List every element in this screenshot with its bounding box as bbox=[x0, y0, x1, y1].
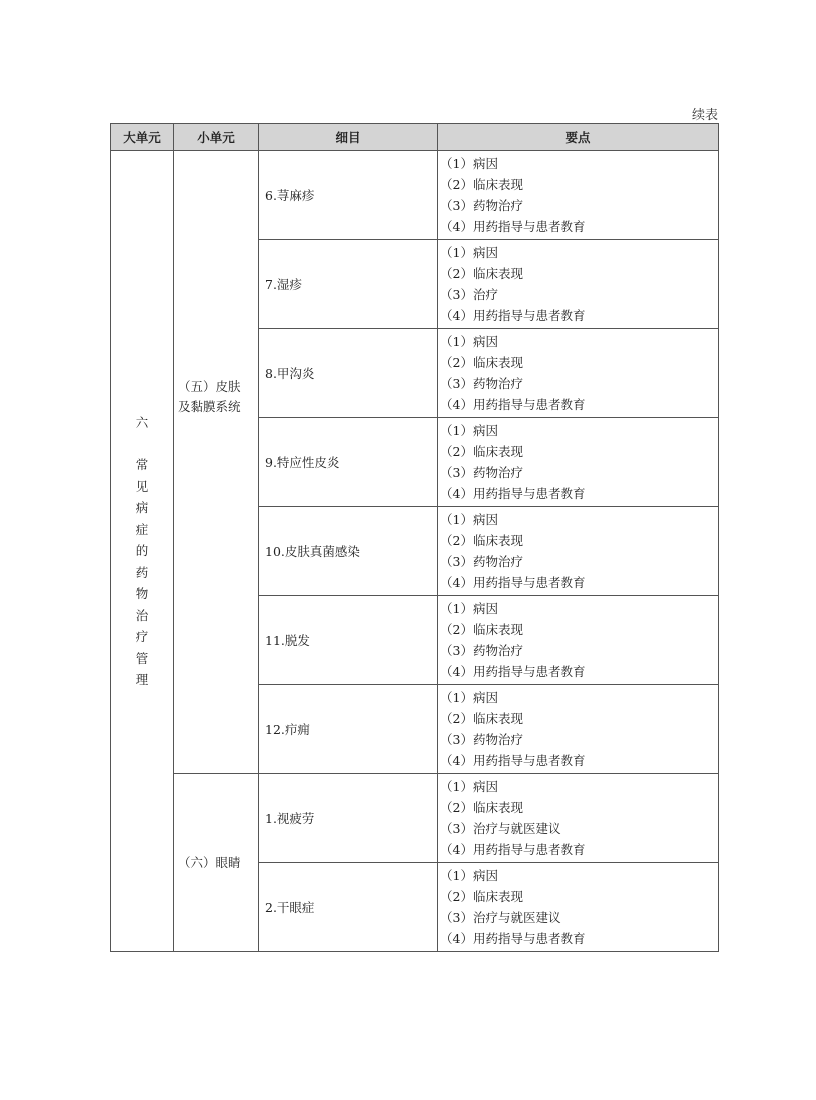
big-unit-char: 疗 bbox=[136, 626, 149, 648]
point: （4）用药指导与患者教育 bbox=[440, 661, 718, 682]
header-key-points: 要点 bbox=[438, 124, 719, 151]
point: （3）药物治疗 bbox=[440, 462, 718, 483]
points-cell: （1）病因 （2）临床表现 （3）药物治疗 （4）用药指导与患者教育 bbox=[438, 685, 719, 774]
big-unit-vertical-text: 六 常 见 病 症 的 药 物 治 疗 管 理 bbox=[136, 412, 149, 691]
point: （4）用药指导与患者教育 bbox=[440, 394, 718, 415]
point: （1）病因 bbox=[440, 420, 718, 441]
point: （2）临床表现 bbox=[440, 441, 718, 462]
point: （2）临床表现 bbox=[440, 352, 718, 373]
header-big-unit: 大单元 bbox=[111, 124, 174, 151]
point: （3）药物治疗 bbox=[440, 640, 718, 661]
big-unit-char: 药 bbox=[136, 562, 149, 584]
point: （3）药物治疗 bbox=[440, 729, 718, 750]
item-cell: 2.干眼症 bbox=[259, 863, 438, 952]
small-unit-line: （六）眼睛 bbox=[178, 853, 258, 873]
point: （3）药物治疗 bbox=[440, 373, 718, 394]
point: （4）用药指导与患者教育 bbox=[440, 839, 718, 860]
points-cell: （1）病因 （2）临床表现 （3）药物治疗 （4）用药指导与患者教育 bbox=[438, 418, 719, 507]
points-cell: （1）病因 （2）临床表现 （3）治疗与就医建议 （4）用药指导与患者教育 bbox=[438, 774, 719, 863]
point: （1）病因 bbox=[440, 153, 718, 174]
points-cell: （1）病因 （2）临床表现 （3）药物治疗 （4）用药指导与患者教育 bbox=[438, 596, 719, 685]
big-unit-char: 病 bbox=[136, 497, 149, 519]
point: （4）用药指导与患者教育 bbox=[440, 216, 718, 237]
point: （3）治疗与就医建议 bbox=[440, 907, 718, 928]
point: （1）病因 bbox=[440, 331, 718, 352]
big-unit-char: 理 bbox=[136, 669, 149, 691]
item-cell: 7.湿疹 bbox=[259, 240, 438, 329]
table-row: （六）眼睛 1.视疲劳 （1）病因 （2）临床表现 （3）治疗与就医建议 （4）… bbox=[111, 774, 719, 863]
item-cell: 10.皮肤真菌感染 bbox=[259, 507, 438, 596]
big-unit-char: 常 bbox=[136, 454, 149, 476]
big-unit-char: 症 bbox=[136, 519, 149, 541]
syllabus-table: 大单元 小单元 细目 要点 六 常 见 病 症 的 药 物 治 疗 bbox=[110, 123, 719, 952]
big-unit-char: 治 bbox=[136, 605, 149, 627]
point: （1）病因 bbox=[440, 242, 718, 263]
point: （1）病因 bbox=[440, 865, 718, 886]
big-unit-char: 管 bbox=[136, 648, 149, 670]
point: （2）临床表现 bbox=[440, 886, 718, 907]
point: （2）临床表现 bbox=[440, 797, 718, 818]
point: （3）药物治疗 bbox=[440, 551, 718, 572]
item-cell: 9.特应性皮炎 bbox=[259, 418, 438, 507]
point: （1）病因 bbox=[440, 509, 718, 530]
item-cell: 11.脱发 bbox=[259, 596, 438, 685]
point: （3）药物治疗 bbox=[440, 195, 718, 216]
continued-table-label: 续表 bbox=[640, 104, 718, 123]
point: （1）病因 bbox=[440, 687, 718, 708]
big-unit-char: 见 bbox=[136, 476, 149, 498]
point: （1）病因 bbox=[440, 776, 718, 797]
point: （4）用药指导与患者教育 bbox=[440, 750, 718, 771]
small-unit-line: （五）皮肤 bbox=[178, 377, 258, 397]
point: （2）临床表现 bbox=[440, 708, 718, 729]
big-unit-char: 的 bbox=[136, 540, 149, 562]
big-unit-cell: 六 常 见 病 症 的 药 物 治 疗 管 理 bbox=[111, 151, 174, 952]
point: （1）病因 bbox=[440, 598, 718, 619]
point: （3）治疗与就医建议 bbox=[440, 818, 718, 839]
item-cell: 8.甲沟炎 bbox=[259, 329, 438, 418]
point: （4）用药指导与患者教育 bbox=[440, 928, 718, 949]
point: （2）临床表现 bbox=[440, 263, 718, 284]
big-unit-char: 物 bbox=[136, 583, 149, 605]
item-cell: 1.视疲劳 bbox=[259, 774, 438, 863]
points-cell: （1）病因 （2）临床表现 （3）药物治疗 （4）用药指导与患者教育 bbox=[438, 507, 719, 596]
points-cell: （1）病因 （2）临床表现 （3）药物治疗 （4）用药指导与患者教育 bbox=[438, 151, 719, 240]
point: （2）临床表现 bbox=[440, 530, 718, 551]
item-cell: 6.荨麻疹 bbox=[259, 151, 438, 240]
table-header-row: 大单元 小单元 细目 要点 bbox=[111, 124, 719, 151]
table-row: 六 常 见 病 症 的 药 物 治 疗 管 理 （五）皮肤 及黏膜系统 bbox=[111, 151, 719, 240]
header-item: 细目 bbox=[259, 124, 438, 151]
point: （3）治疗 bbox=[440, 284, 718, 305]
header-small-unit: 小单元 bbox=[174, 124, 259, 151]
point: （4）用药指导与患者教育 bbox=[440, 305, 718, 326]
points-cell: （1）病因 （2）临床表现 （3）治疗 （4）用药指导与患者教育 bbox=[438, 240, 719, 329]
small-unit-skin: （五）皮肤 及黏膜系统 bbox=[174, 151, 259, 774]
big-unit-number: 六 bbox=[136, 412, 149, 434]
small-unit-line: 及黏膜系统 bbox=[178, 397, 258, 417]
points-cell: （1）病因 （2）临床表现 （3）治疗与就医建议 （4）用药指导与患者教育 bbox=[438, 863, 719, 952]
small-unit-eyes: （六）眼睛 bbox=[174, 774, 259, 952]
points-cell: （1）病因 （2）临床表现 （3）药物治疗 （4）用药指导与患者教育 bbox=[438, 329, 719, 418]
point: （4）用药指导与患者教育 bbox=[440, 572, 718, 593]
point: （2）临床表现 bbox=[440, 619, 718, 640]
point: （4）用药指导与患者教育 bbox=[440, 483, 718, 504]
item-cell: 12.疖痈 bbox=[259, 685, 438, 774]
point: （2）临床表现 bbox=[440, 174, 718, 195]
